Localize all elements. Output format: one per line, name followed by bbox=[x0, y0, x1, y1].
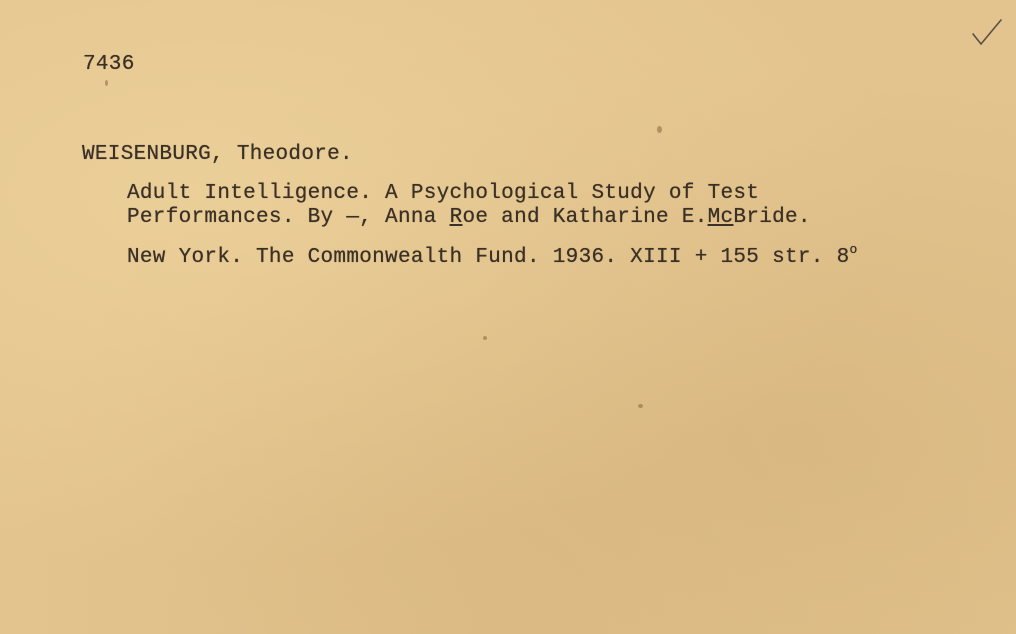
title-line-2-part: Bride. bbox=[733, 206, 810, 229]
underlined-letter: R bbox=[450, 206, 463, 229]
catalog-number: 7436 bbox=[83, 53, 135, 76]
title-line-2-part: oe and Katharine E. bbox=[462, 206, 707, 229]
author-heading: WEISENBURG, Theodore. bbox=[82, 143, 353, 166]
underlined-letters: Mc bbox=[708, 206, 734, 229]
checkmark-icon bbox=[970, 16, 1004, 50]
paper-spot bbox=[638, 404, 643, 408]
paper-spot bbox=[657, 126, 662, 133]
title-line-2: Performances. By —, Anna Roe and Kathari… bbox=[127, 206, 811, 229]
degree-superscript: o bbox=[850, 242, 858, 257]
title-line-2-part: Performances. By —, Anna bbox=[127, 206, 450, 229]
imprint-line: New York. The Commonwealth Fund. 1936. X… bbox=[127, 242, 858, 269]
imprint-text: New York. The Commonwealth Fund. 1936. X… bbox=[127, 246, 850, 269]
paper-spot bbox=[483, 336, 487, 340]
title-line-1: Adult Intelligence. A Psychological Stud… bbox=[127, 182, 759, 205]
paper-spot bbox=[105, 80, 108, 86]
